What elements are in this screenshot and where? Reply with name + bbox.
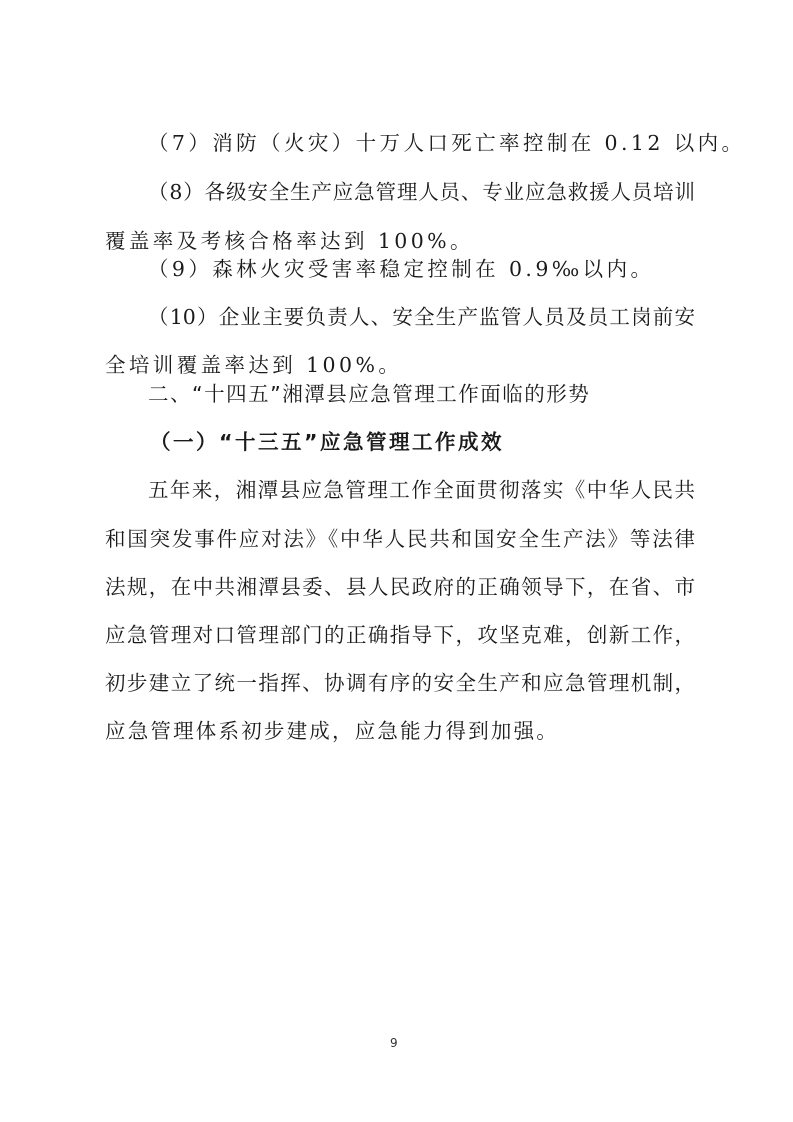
body-line-3: 法规，在中共湘潭县委、县人民政府的正确领导下，在省、市 xyxy=(105,572,695,602)
target-item-7: （7）消防（火灾）十万人口死亡率控制在 0.12 以内。 xyxy=(148,128,695,158)
body-line-4: 应急管理对口管理部门的正确指导下，攻坚克难，创新工作， xyxy=(105,620,695,650)
body-line-1: 五年来，湘潭县应急管理工作全面贯彻落实《中华人民共 xyxy=(148,475,695,505)
body-line-2: 和国突发事件应对法》《中华人民共和国安全生产法》等法律 xyxy=(105,524,695,554)
target-item-8-line-2: 覆盖率及考核合格率达到 100%。 xyxy=(105,226,695,256)
target-item-8-line-1: （8）各级安全生产应急管理人员、专业应急救援人员培训 xyxy=(148,177,695,207)
target-item-10-line-2: 全培训覆盖率达到 100%。 xyxy=(105,350,695,380)
section-heading: 二、“十四五”湘潭县应急管理工作面临的形势 xyxy=(148,379,738,409)
target-item-9: （9）森林火灾受害率稳定控制在 0.9‰以内。 xyxy=(148,254,695,284)
body-line-5: 初步建立了统一指挥、协调有序的安全生产和应急管理机制， xyxy=(105,668,695,698)
target-item-10-line-1: （10）企业主要负责人、安全生产监管人员及员工岗前安 xyxy=(148,302,695,332)
page-number: 9 xyxy=(390,1036,398,1050)
subsection-heading: （一）“十三五”应急管理工作成效 xyxy=(150,427,740,457)
body-line-6: 应急管理体系初步建成，应急能力得到加强。 xyxy=(105,716,695,746)
